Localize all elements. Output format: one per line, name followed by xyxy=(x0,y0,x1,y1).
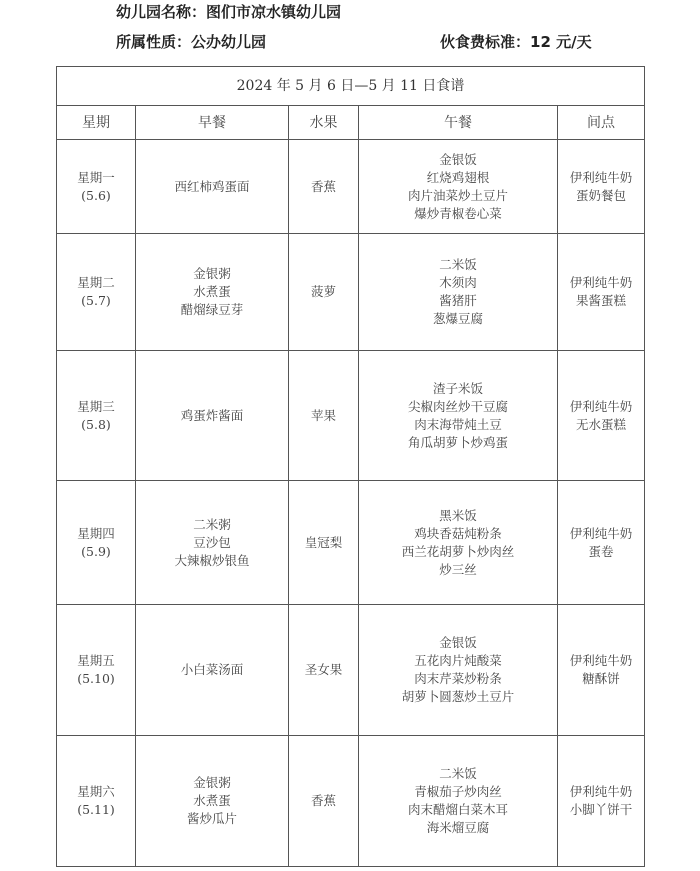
breakfast-cell: 二米粥豆沙包大辣椒炒银鱼 xyxy=(136,481,289,605)
day-item: (5.11) xyxy=(57,801,135,819)
fruit-cell: 菠萝 xyxy=(289,234,359,351)
table-title-row: 2024 年 5 月 6 日—5 月 11 日食谱 xyxy=(57,67,645,106)
lunch-item: 爆炒青椒卷心菜 xyxy=(359,205,557,223)
breakfast-cell: 西红柿鸡蛋面 xyxy=(136,140,289,234)
day-cell: 星期六(5.11) xyxy=(57,736,136,867)
snack-item: 蛋卷 xyxy=(558,543,644,561)
lunch-item: 五花肉片炖酸菜 xyxy=(359,652,557,670)
day-cell: 星期三(5.8) xyxy=(57,351,136,481)
column-header-snack: 间点 xyxy=(558,106,645,140)
table-row: 星期六(5.11)金银粥水煮蛋酱炒瓜片香蕉二米饭青椒茄子炒肉丝肉末醋熘白菜木耳海… xyxy=(57,736,645,867)
lunch-item: 金银饭 xyxy=(359,151,557,169)
breakfast-item: 金银粥 xyxy=(136,265,288,283)
table-row: 星期三(5.8)鸡蛋炸酱面苹果渣子米饭尖椒肉丝炒干豆腐肉末海带炖土豆角瓜胡萝卜炒… xyxy=(57,351,645,481)
day-item: 星期三 xyxy=(57,398,135,416)
lunch-item: 肉末醋熘白菜木耳 xyxy=(359,801,557,819)
fruit-cell: 圣女果 xyxy=(289,605,359,736)
table-header-row: 星期 早餐 水果 午餐 间点 xyxy=(57,106,645,140)
column-header-breakfast: 早餐 xyxy=(136,106,289,140)
column-header-day: 星期 xyxy=(57,106,136,140)
lunch-item: 金银饭 xyxy=(359,634,557,652)
fruit-item: 苹果 xyxy=(289,407,358,425)
snack-cell: 伊利纯牛奶无水蛋糕 xyxy=(558,351,645,481)
table-row: 星期五(5.10)小白菜汤面圣女果金银饭五花肉片炖酸菜肉末芹菜炒粉条胡萝卜圆葱炒… xyxy=(57,605,645,736)
breakfast-item: 金银粥 xyxy=(136,774,288,792)
meal-fee-standard: 伙食费标准：12 元/天 xyxy=(440,31,592,52)
breakfast-item: 酱炒瓜片 xyxy=(136,810,288,828)
snack-cell: 伊利纯牛奶果酱蛋糕 xyxy=(558,234,645,351)
day-cell: 星期一(5.6) xyxy=(57,140,136,234)
snack-item: 无水蛋糕 xyxy=(558,416,644,434)
breakfast-item: 水煮蛋 xyxy=(136,792,288,810)
fruit-item: 香蕉 xyxy=(289,792,358,810)
snack-cell: 伊利纯牛奶蛋卷 xyxy=(558,481,645,605)
fruit-cell: 皇冠梨 xyxy=(289,481,359,605)
day-item: 星期五 xyxy=(57,652,135,670)
lunch-item: 西兰花胡萝卜炒肉丝 xyxy=(359,543,557,561)
lunch-item: 青椒茄子炒肉丝 xyxy=(359,783,557,801)
fruit-cell: 香蕉 xyxy=(289,736,359,867)
fruit-item: 香蕉 xyxy=(289,178,358,196)
day-item: 星期一 xyxy=(57,169,135,187)
snack-item: 伊利纯牛奶 xyxy=(558,274,644,292)
day-item: (5.10) xyxy=(57,670,135,688)
lunch-item: 木须肉 xyxy=(359,274,557,292)
day-cell: 星期四(5.9) xyxy=(57,481,136,605)
lunch-item: 肉末海带炖土豆 xyxy=(359,416,557,434)
table-row: 星期二(5.7)金银粥水煮蛋醋熘绿豆芽菠萝二米饭木须肉酱猪肝葱爆豆腐伊利纯牛奶果… xyxy=(57,234,645,351)
column-header-lunch: 午餐 xyxy=(359,106,558,140)
fruit-cell: 苹果 xyxy=(289,351,359,481)
snack-item: 伊利纯牛奶 xyxy=(558,525,644,543)
day-item: 星期六 xyxy=(57,783,135,801)
breakfast-cell: 金银粥水煮蛋醋熘绿豆芽 xyxy=(136,234,289,351)
snack-item: 伊利纯牛奶 xyxy=(558,652,644,670)
lunch-item: 肉片油菜炒土豆片 xyxy=(359,187,557,205)
lunch-item: 黑米饭 xyxy=(359,507,557,525)
breakfast-cell: 小白菜汤面 xyxy=(136,605,289,736)
lunch-cell: 渣子米饭尖椒肉丝炒干豆腐肉末海带炖土豆角瓜胡萝卜炒鸡蛋 xyxy=(359,351,558,481)
breakfast-item: 醋熘绿豆芽 xyxy=(136,301,288,319)
breakfast-item: 鸡蛋炸酱面 xyxy=(136,407,288,425)
snack-item: 糖酥饼 xyxy=(558,670,644,688)
lunch-cell: 二米饭青椒茄子炒肉丝肉末醋熘白菜木耳海米熘豆腐 xyxy=(359,736,558,867)
breakfast-cell: 鸡蛋炸酱面 xyxy=(136,351,289,481)
lunch-item: 葱爆豆腐 xyxy=(359,310,557,328)
breakfast-item: 小白菜汤面 xyxy=(136,661,288,679)
day-item: (5.9) xyxy=(57,543,135,561)
table-row: 星期四(5.9)二米粥豆沙包大辣椒炒银鱼皇冠梨黑米饭鸡块香菇炖粉条西兰花胡萝卜炒… xyxy=(57,481,645,605)
lunch-item: 二米饭 xyxy=(359,256,557,274)
kindergarten-nature: 所属性质：公办幼儿园 xyxy=(116,31,266,52)
lunch-item: 鸡块香菇炖粉条 xyxy=(359,525,557,543)
lunch-item: 渣子米饭 xyxy=(359,380,557,398)
fruit-item: 圣女果 xyxy=(289,661,358,679)
day-item: (5.6) xyxy=(57,187,135,205)
snack-item: 果酱蛋糕 xyxy=(558,292,644,310)
lunch-cell: 二米饭木须肉酱猪肝葱爆豆腐 xyxy=(359,234,558,351)
day-item: 星期四 xyxy=(57,525,135,543)
fruit-item: 皇冠梨 xyxy=(289,534,358,552)
lunch-cell: 金银饭五花肉片炖酸菜肉末芹菜炒粉条胡萝卜圆葱炒土豆片 xyxy=(359,605,558,736)
snack-cell: 伊利纯牛奶蛋奶餐包 xyxy=(558,140,645,234)
lunch-item: 角瓜胡萝卜炒鸡蛋 xyxy=(359,434,557,452)
snack-cell: 伊利纯牛奶小脚丫饼干 xyxy=(558,736,645,867)
lunch-cell: 金银饭红烧鸡翅根肉片油菜炒土豆片爆炒青椒卷心菜 xyxy=(359,140,558,234)
breakfast-cell: 金银粥水煮蛋酱炒瓜片 xyxy=(136,736,289,867)
lunch-item: 尖椒肉丝炒干豆腐 xyxy=(359,398,557,416)
menu-title: 2024 年 5 月 6 日—5 月 11 日食谱 xyxy=(57,67,645,106)
breakfast-item: 水煮蛋 xyxy=(136,283,288,301)
snack-item: 伊利纯牛奶 xyxy=(558,398,644,416)
lunch-item: 胡萝卜圆葱炒土豆片 xyxy=(359,688,557,706)
kindergarten-name: 幼儿园名称：图们市凉水镇幼儿园 xyxy=(116,1,341,22)
snack-item: 伊利纯牛奶 xyxy=(558,783,644,801)
breakfast-item: 豆沙包 xyxy=(136,534,288,552)
breakfast-item: 二米粥 xyxy=(136,516,288,534)
snack-item: 蛋奶餐包 xyxy=(558,187,644,205)
fruit-cell: 香蕉 xyxy=(289,140,359,234)
day-cell: 星期五(5.10) xyxy=(57,605,136,736)
snack-item: 伊利纯牛奶 xyxy=(558,169,644,187)
lunch-item: 炒三丝 xyxy=(359,561,557,579)
snack-cell: 伊利纯牛奶糖酥饼 xyxy=(558,605,645,736)
breakfast-item: 大辣椒炒银鱼 xyxy=(136,552,288,570)
lunch-item: 二米饭 xyxy=(359,765,557,783)
lunch-item: 酱猪肝 xyxy=(359,292,557,310)
fruit-item: 菠萝 xyxy=(289,283,358,301)
day-item: (5.7) xyxy=(57,292,135,310)
lunch-item: 海米熘豆腐 xyxy=(359,819,557,837)
snack-item: 小脚丫饼干 xyxy=(558,801,644,819)
day-item: 星期二 xyxy=(57,274,135,292)
day-item: (5.8) xyxy=(57,416,135,434)
lunch-item: 红烧鸡翅根 xyxy=(359,169,557,187)
lunch-item: 肉末芹菜炒粉条 xyxy=(359,670,557,688)
weekly-menu-table: 2024 年 5 月 6 日—5 月 11 日食谱 星期 早餐 水果 午餐 间点… xyxy=(56,66,645,867)
day-cell: 星期二(5.7) xyxy=(57,234,136,351)
breakfast-item: 西红柿鸡蛋面 xyxy=(136,178,288,196)
lunch-cell: 黑米饭鸡块香菇炖粉条西兰花胡萝卜炒肉丝炒三丝 xyxy=(359,481,558,605)
column-header-fruit: 水果 xyxy=(289,106,359,140)
table-row: 星期一(5.6)西红柿鸡蛋面香蕉金银饭红烧鸡翅根肉片油菜炒土豆片爆炒青椒卷心菜伊… xyxy=(57,140,645,234)
